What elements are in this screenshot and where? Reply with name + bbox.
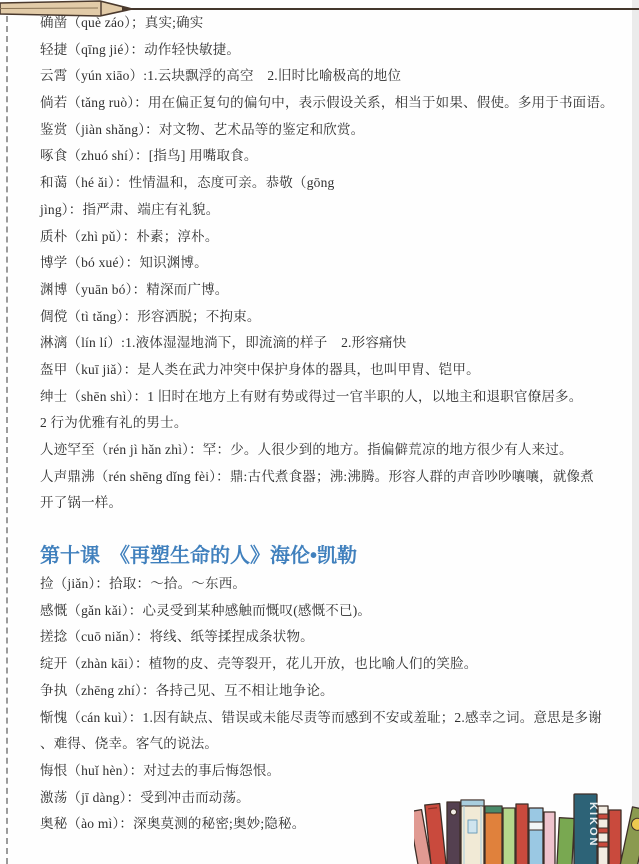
- vocab-line: 确凿（què záo）；真实;确实: [40, 10, 631, 37]
- book-spine: [557, 818, 574, 864]
- book-spine: [485, 806, 502, 864]
- vocab-line: 惭愧（cán kuì）：1.因有缺点、错误或未能尽责等而感到不安或羞耻；2.感幸…: [40, 705, 631, 732]
- page-edge-strip: [632, 0, 639, 864]
- vocab-line: 云霄（yún xiāo）:1.云块飘浮的高空 2.旧时比喻极高的地位: [40, 63, 631, 90]
- book-spine: [529, 808, 543, 864]
- vocab-line: 博学（bó xué）：知识渊博。: [40, 250, 631, 277]
- vocab-line: 鉴赏（jiàn shǎng）：对文物、艺术品等的鉴定和欣赏。: [40, 117, 631, 144]
- vocab-line: 质朴（zhì pǔ）：朴素；淳朴。: [40, 224, 631, 251]
- vocab-line: 人迹罕至（rén jì hǎn zhì）：罕：少。人很少到的地方。指偏僻荒凉的地…: [40, 437, 631, 464]
- vocab-line: 倘若（tǎng ruò）：用在偏正复句的偏句中，表示假设关系，相当于如果、假使。…: [40, 90, 631, 117]
- vocab-line: 人声鼎沸（rén shēng dǐng fèi）：鼎:古代煮食器；沸:沸腾。形容…: [40, 464, 631, 491]
- vocabulary-notes-page: 确凿（què záo）；真实;确实 轻捷（qīng jié）：动作轻快敏捷。 云…: [0, 0, 639, 864]
- vocab-line: 悔恨（huǐ hèn）：对过去的事后悔怨恨。: [40, 758, 631, 785]
- vocab-line: 开了锅一样。: [40, 490, 631, 517]
- vocab-line: 搓捻（cuō niǎn）：将线、纸等揉捏成条状物。: [40, 624, 631, 651]
- vocab-line: jìng）：指严肃、端庄有礼貌。: [40, 197, 631, 224]
- book-spine-kikon: KIKON: [574, 794, 599, 864]
- book-spine: [461, 800, 484, 864]
- vocab-line: 感慨（gǎn kǎi）：心灵受到某种感触而慨叹(感慨不已)。: [40, 598, 631, 625]
- vocabulary-list: 确凿（què záo）；真实;确实 轻捷（qīng jié）：动作轻快敏捷。 云…: [40, 10, 631, 838]
- vocab-line: 盔甲（kuī jiǎ）：是人类在武力冲突中保护身体的器具，也叫甲胄、铠甲。: [40, 357, 631, 384]
- notebook-dashed-edge: [6, 16, 8, 864]
- book-spine: [503, 808, 515, 864]
- vocab-line: 淋漓（lín lí）:1.液体湿湿地淌下，即流滴的样子 2.形容痛快: [40, 330, 631, 357]
- book-spine: [544, 812, 555, 864]
- book-spine: [598, 806, 608, 864]
- book-spine-text: KIKON: [587, 802, 599, 847]
- vocab-line: 绅士（shēn shì）：1 旧时在地方上有财有势或得过一官半职的人，以地主和退…: [40, 384, 631, 411]
- book-spine: [447, 802, 460, 864]
- vocab-line: 、难得、侥幸。客气的说法。: [40, 731, 631, 758]
- vocab-line: 啄食（zhuó shí）：[指鸟] 用嘴取食。: [40, 143, 631, 170]
- book-spine: [609, 810, 621, 864]
- book-spine: [516, 804, 528, 864]
- vocab-line: 绽开（zhàn kāi）：植物的皮、壳等裂开，花儿开放，也比喻人们的笑脸。: [40, 651, 631, 678]
- book-spine: [620, 807, 639, 864]
- vocab-line: 渊博（yuān bó）：精深而广博。: [40, 277, 631, 304]
- books-illustration: KIKON: [414, 786, 639, 864]
- vocab-line: 2 行为优雅有礼的男士。: [40, 410, 631, 437]
- lesson-heading: 第十课 《再塑生命的人》海伦•凯勒: [40, 541, 631, 571]
- vocab-line: 轻捷（qīng jié）：动作轻快敏捷。: [40, 37, 631, 64]
- vocab-line: 和蔼（hé ǎi）：性情温和，态度可亲。恭敬（gōng: [40, 170, 631, 197]
- vocab-line: 争执（zhēng zhí）：各持己见、互不相让地争论。: [40, 678, 631, 705]
- vocab-line: 倜傥（tì tǎng）：形容洒脱；不拘束。: [40, 304, 631, 331]
- vocab-line: 捡（jiǎn）：拾取：～拾。～东西。: [40, 571, 631, 598]
